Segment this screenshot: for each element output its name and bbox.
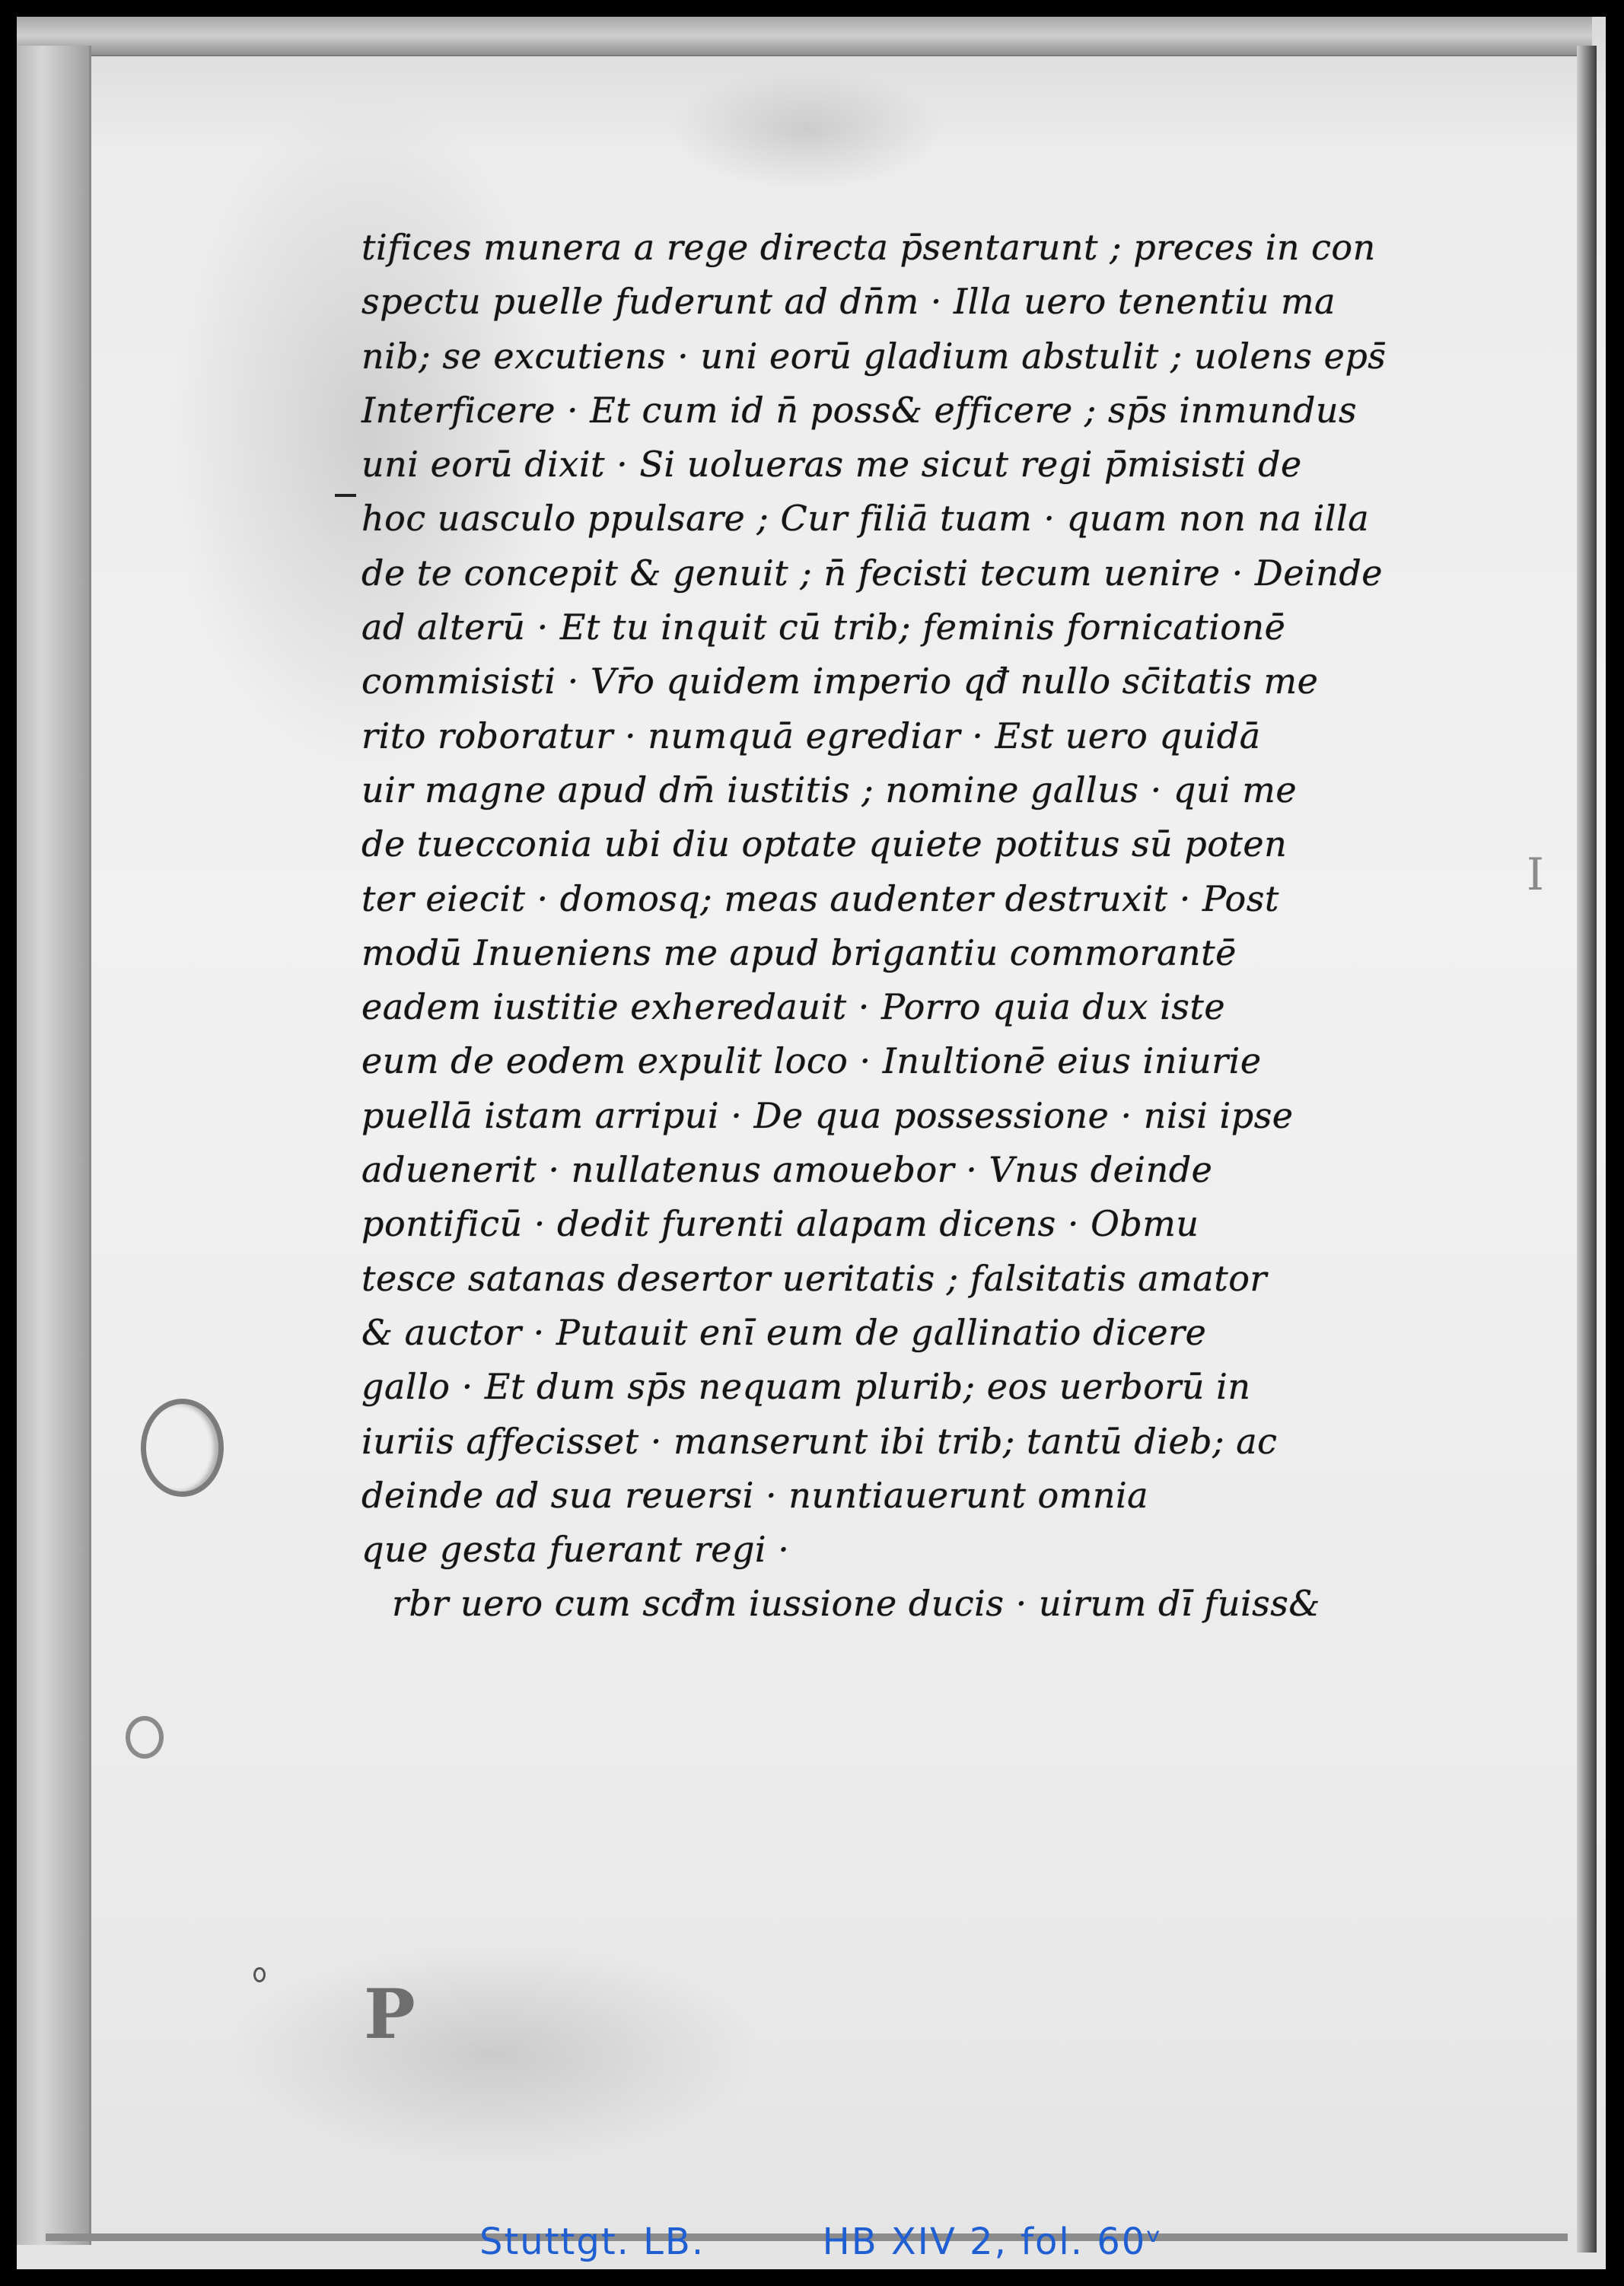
text-line: puellā istam arripui · De qua possession… [361, 1089, 1549, 1143]
text-line: eum de eodem expulit loco · Inultionē ei… [361, 1034, 1549, 1088]
text-line: rito roboratur · numquā egrediar · Est u… [361, 709, 1549, 763]
margin-letter-o-small [126, 1716, 164, 1759]
shelfmark-annotation: Stuttgt. LB. HB XIV 2, fol. 60ᵛ [479, 2221, 1163, 2263]
shelfmark-library: Stuttgt. LB. [479, 2221, 705, 2263]
text-line: tifices munera a rege directa p̄sentarun… [361, 221, 1549, 275]
text-line: de te concepit & genuit ; n̄ fecisti tec… [361, 546, 1549, 600]
text-line: iuriis affecisset · manserunt ibi trib; … [361, 1415, 1549, 1469]
text-line: & auctor · Putauit enī eum de gallinatio… [361, 1306, 1549, 1360]
text-line: gallo · Et dum sp̄s nequam plurib; eos u… [361, 1360, 1549, 1414]
text-line: Interficere · Et cum id n̄ poss& efficer… [361, 384, 1549, 438]
text-line: tesce satanas desertor ueritatis ; falsi… [361, 1252, 1549, 1306]
text-line: pontificū · dedit furenti alapam dicens … [361, 1197, 1549, 1251]
decorated-initial-P: P [364, 1980, 416, 2049]
text-line: ter eiecit · domosq; meas audenter destr… [361, 872, 1549, 926]
text-line: spectu puelle fuderunt ad dn̄m · Illa ue… [361, 275, 1549, 329]
text-line: eadem iustitie exheredauit · Porro quia … [361, 980, 1549, 1034]
text-line: deinde ad sua reuersi · nuntiauerunt omn… [361, 1469, 1549, 1523]
text-line: modū Inueniens me apud brigantiu commora… [361, 926, 1549, 980]
text-line: de tuecconia ubi diu optate quiete potit… [361, 817, 1549, 871]
binding-gutter [17, 46, 91, 2245]
text-line: uni eorū dixit · Si uolueras me sicut re… [361, 438, 1549, 492]
margin-letter-O [141, 1399, 224, 1497]
text-line: nib; se excutiens · uni eorū gladium abs… [361, 330, 1549, 384]
text-line: aduenerit · nullatenus amouebor · Vnus d… [361, 1143, 1549, 1197]
shelfmark-signature: HB XIV 2, fol. 60ᵛ [823, 2221, 1164, 2263]
text-line: ad alterū · Et tu inquit cū trib; femini… [361, 600, 1549, 654]
text-line: hoc uasculo ppulsare ; Cur filiā tuam · … [361, 492, 1549, 546]
margin-small-o [253, 1967, 266, 1982]
right-page-edge-shadow [1577, 46, 1597, 2253]
water-stain [670, 68, 944, 190]
margin-dash-mark [335, 494, 356, 497]
top-page-edge [17, 17, 1592, 56]
text-line: rbr uero cum scđm iussione ducis · uirum… [361, 1577, 1549, 1631]
text-line: commisisti · Vr̄o quidem imperio qđ null… [361, 654, 1549, 708]
manuscript-text-block: tifices munera a rege directa p̄sentarun… [361, 221, 1549, 1632]
water-stain [228, 1941, 761, 2169]
text-line: uir magne apud dm̄ iustitis ; nomine gal… [361, 763, 1549, 817]
text-line: que gesta fuerant regi · [361, 1523, 1549, 1577]
